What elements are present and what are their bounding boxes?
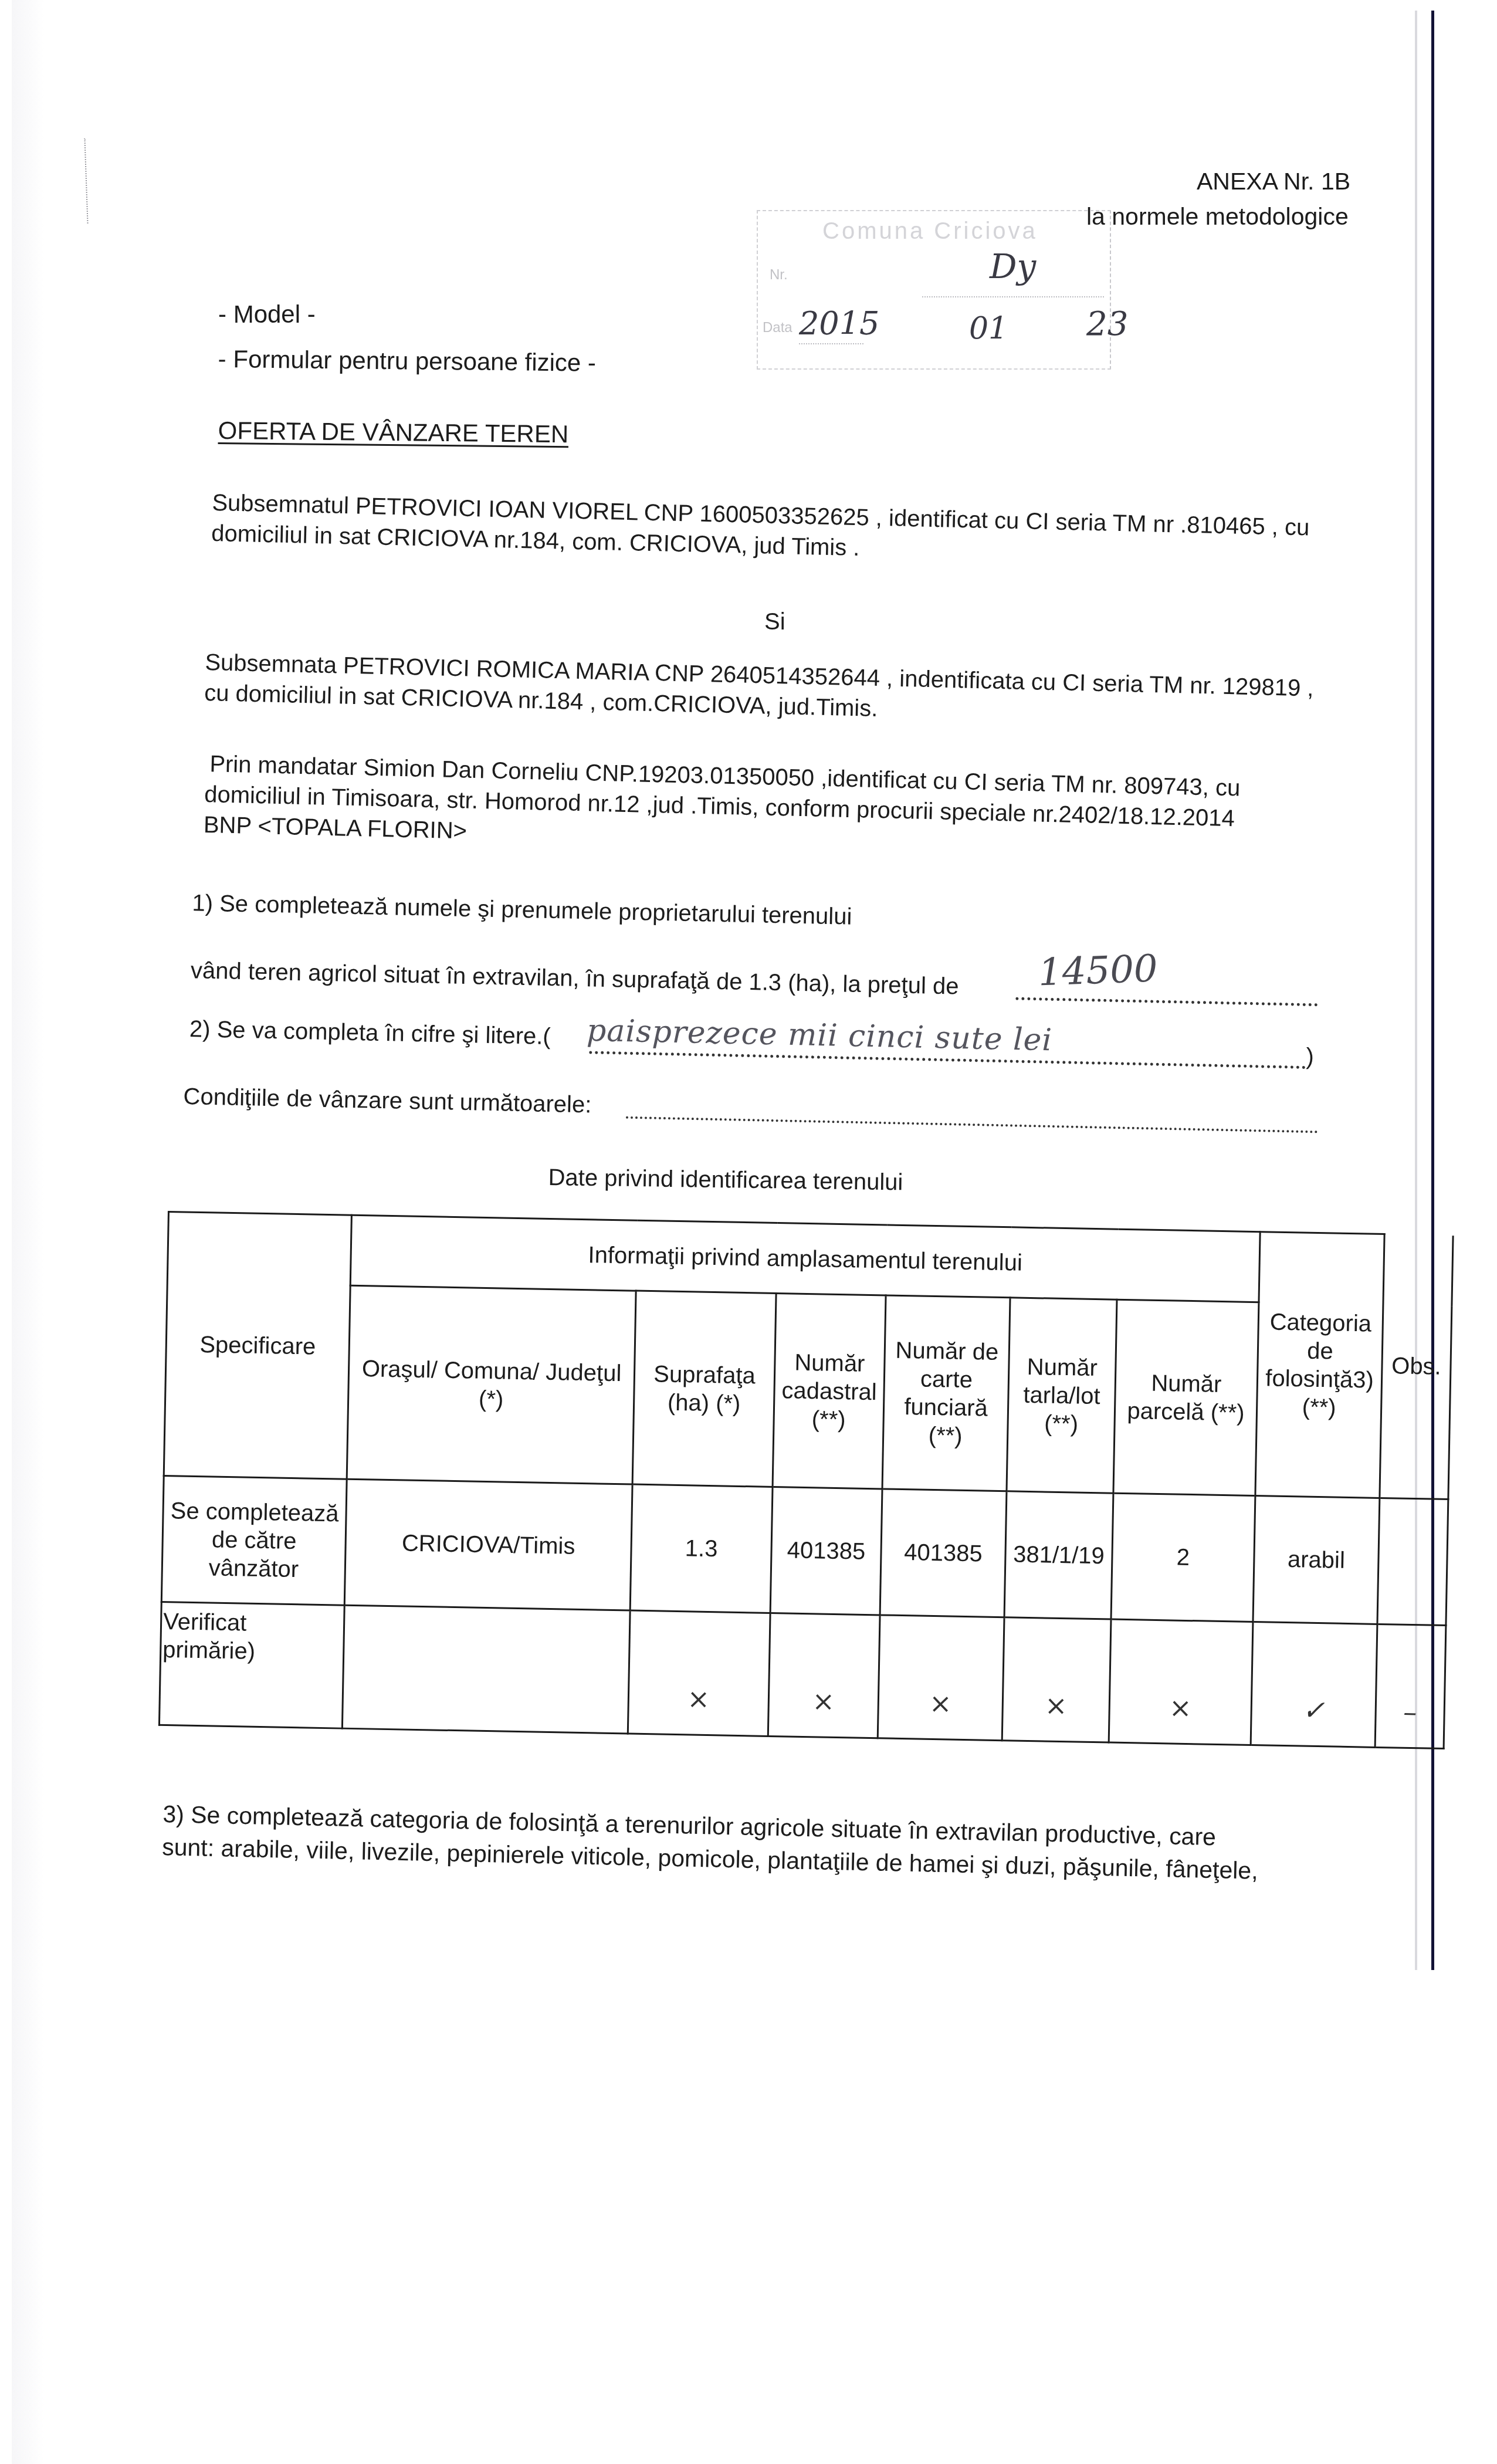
- cell-parcela-verified: ×: [1109, 1619, 1253, 1745]
- cell-tarla: 381/1/19: [1004, 1491, 1113, 1619]
- model-label: - Model -: [218, 300, 316, 329]
- mandatary-line3: BNP <TOPALA FLORIN>: [203, 811, 467, 845]
- check-mark-icon: ×: [929, 1689, 952, 1718]
- cell-oras-verified: [342, 1605, 630, 1734]
- col-header-carte-funciara: Număr de carte funciară (**): [882, 1295, 1010, 1491]
- check-mark-icon: ✓: [1302, 1696, 1325, 1725]
- cell-parcela: 2: [1111, 1493, 1255, 1622]
- stamp-month: 01: [969, 311, 1008, 346]
- row-label-seller: Se completează de către vânzător: [161, 1475, 347, 1605]
- dash-mark-icon: –: [1403, 1698, 1417, 1726]
- form-type: - Formular pentru persoane fizice -: [218, 345, 596, 377]
- col-header-specificare: Specificare: [164, 1212, 351, 1480]
- cell-suprafata: 1.3: [630, 1484, 773, 1613]
- land-table: Specificare Informaţii privind amplasame…: [158, 1211, 1454, 1749]
- row-label-verified: Verificat primărie): [159, 1602, 344, 1728]
- close-paren: ): [1306, 1043, 1314, 1071]
- check-mark-icon: ×: [1169, 1693, 1192, 1722]
- stamp-divider: [799, 343, 863, 344]
- col-header-obs: Obs.: [1380, 1234, 1453, 1500]
- stamp-year: 2015: [799, 305, 879, 342]
- check-mark-icon: ×: [687, 1684, 710, 1713]
- stamp-institution: Comuna Criciova: [822, 218, 1038, 245]
- annex-subtitle: la normele metodologice: [1086, 202, 1349, 231]
- cell-carte-funciara: 401385: [880, 1489, 1007, 1617]
- col-header-oras: Oraşul/ Comuna/ Judeţul (*): [347, 1285, 636, 1484]
- col-header-suprafata: Suprafaţa (ha) (*): [632, 1291, 776, 1487]
- cell-oras: CRICIOVA/Timis: [344, 1479, 632, 1610]
- price-words-handwritten: paisprezece mii cinci sute lei: [586, 1013, 1052, 1058]
- cell-suprafata-verified: ×: [628, 1610, 770, 1736]
- cell-tarla-verified: ×: [1002, 1617, 1111, 1742]
- check-mark-icon: ×: [1045, 1691, 1068, 1720]
- cell-categoria-verified: ✓: [1251, 1622, 1377, 1748]
- cell-carte-funciara-verified: ×: [878, 1615, 1004, 1741]
- table-row: Verificat primărie) × × × × × ✓ –: [159, 1602, 1445, 1748]
- land-table-heading: Date privind identificarea terenului: [548, 1163, 903, 1196]
- conditions-label: Condiţiile de vânzare sunt următoarele:: [183, 1082, 592, 1119]
- stamp-date-label: Data: [763, 320, 792, 336]
- stamp-number-label: Nr.: [770, 267, 788, 283]
- annex-number: ANEXA Nr. 1B: [1197, 167, 1350, 195]
- stamp-day: 23: [1086, 305, 1128, 343]
- registration-stamp: Comuna Criciova Nr. Data Dy 2015 01 23: [757, 210, 1111, 370]
- price-handwritten: 14500: [1038, 947, 1159, 994]
- stamp-signature: Dy: [990, 246, 1036, 286]
- margin-mark: [84, 138, 90, 224]
- col-header-categoria: Categoria de folosinţă3) (**): [1255, 1232, 1384, 1498]
- check-mark-icon: ×: [812, 1687, 835, 1715]
- table-row: Se completează de către vânzător CRICIOV…: [161, 1475, 1448, 1625]
- cell-cadastral-verified: ×: [768, 1613, 880, 1738]
- scan-edge-shadow: [12, 0, 44, 2464]
- cell-obs: [1377, 1498, 1448, 1625]
- conditions-fill-line: [626, 1116, 1318, 1133]
- col-header-cadastral: Număr cadastral (**): [773, 1294, 886, 1489]
- price-fill-line: [1015, 997, 1318, 1007]
- document-page: ANEXA Nr. 1B la normele metodologice Com…: [0, 0, 1497, 2464]
- sell-statement: vând teren agricol situat în extravilan,…: [191, 956, 959, 1000]
- cell-categoria: arabil: [1253, 1496, 1380, 1624]
- note-1: 1) Se completează numele şi prenumele pr…: [192, 889, 852, 931]
- connector-si: Si: [764, 608, 785, 636]
- col-header-tarla: Număr tarla/lot (**): [1007, 1298, 1117, 1493]
- cell-obs-verified: –: [1375, 1624, 1446, 1748]
- cell-cadastral: 401385: [770, 1487, 882, 1615]
- col-header-parcela: Număr parcelă (**): [1113, 1299, 1259, 1495]
- note-2: 2) Se va completa în cifre şi litere.(: [189, 1015, 551, 1051]
- stamp-divider: [922, 296, 1104, 297]
- page-title: OFERTA DE VÂNZARE TEREN: [218, 417, 568, 448]
